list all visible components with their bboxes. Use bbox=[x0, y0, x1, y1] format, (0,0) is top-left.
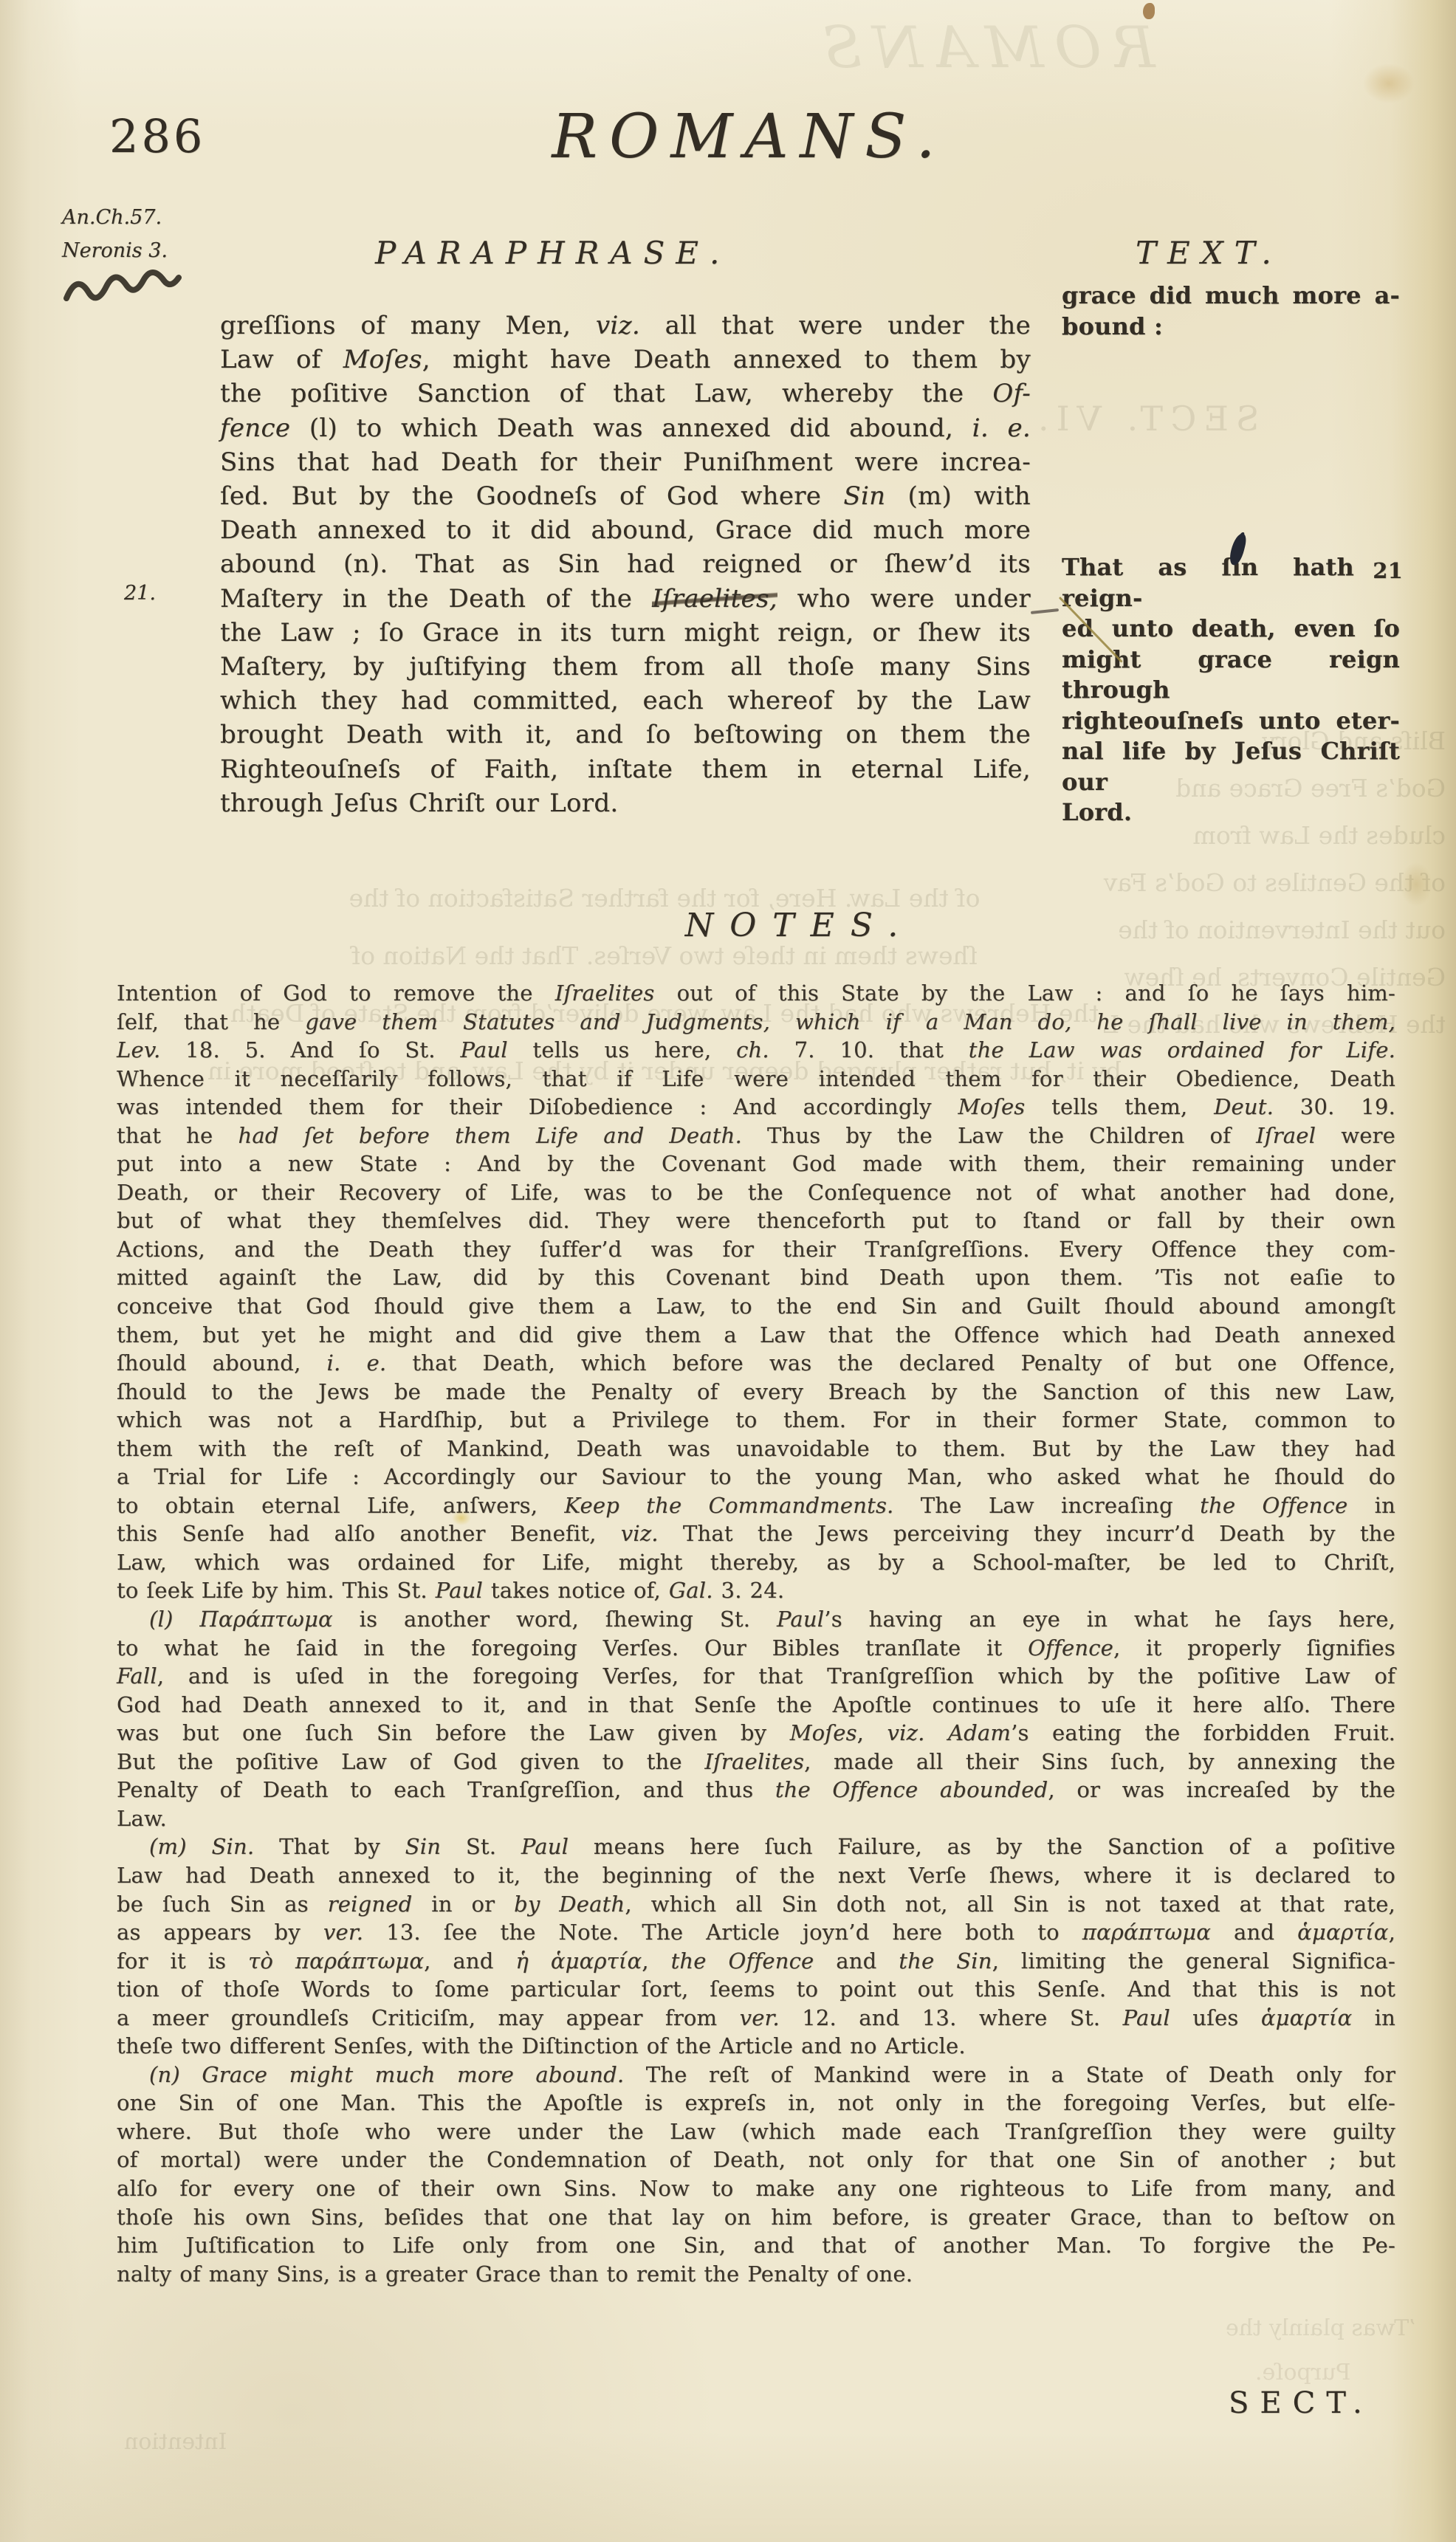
verse-text-line: nal life by Jeſus Chriſt our bbox=[1062, 736, 1400, 797]
notes-line: Fall, and is uſed in the foregoing Verſe… bbox=[117, 1662, 1395, 1691]
notes-line: to ſeek Life by him. This St. Paul takes… bbox=[117, 1576, 1395, 1605]
bleedthrough-sect-heading: SECT. VI. bbox=[1031, 399, 1259, 439]
paraphrase-line: abound (n). That as Sin had reigned or ſ… bbox=[220, 547, 1031, 581]
text-column-header: TEXT. bbox=[1136, 235, 1282, 271]
notes-line: a meer groundleſs Criticiſm, may appear … bbox=[117, 2004, 1395, 2033]
bleedthrough-bottom-1: ’Twas plainly the bbox=[1226, 2315, 1416, 2341]
notes-line: Penalty of Death to each Tranſgreſſion, … bbox=[117, 1776, 1395, 1804]
verse-21-lines: That as ſin hath reign-ed unto death, ev… bbox=[1062, 552, 1400, 828]
notes-line: was but one ſuch Sin before the Law give… bbox=[117, 1719, 1395, 1748]
verse-text-line: grace did much more a- bbox=[1062, 281, 1400, 312]
verse-21-block: 21 That as ſin hath reign-ed unto death,… bbox=[1062, 552, 1400, 828]
notes-line: Lev. 18. 5. And ſo St. Paul tells us her… bbox=[117, 1036, 1395, 1065]
paraphrase-line: fence (l) to which Death was annexed did… bbox=[220, 411, 1031, 445]
notes-line: ſhould to the Jews be made the Penalty o… bbox=[117, 1378, 1395, 1406]
notes-line: as appears by ver. 13. ſee the Note. The… bbox=[117, 1918, 1395, 1947]
notes-line: of mortal) were under the Condemnation o… bbox=[117, 2146, 1395, 2174]
notes-line: to what he ſaid in the foregoing Verſes.… bbox=[117, 1634, 1395, 1663]
paper-stain bbox=[1363, 63, 1415, 103]
notes-line: Law. bbox=[117, 1804, 1395, 1833]
notes-line: where. But thoſe who were under the Law … bbox=[117, 2117, 1395, 2146]
margin-date-note: An.Ch.57. Neronis 3. bbox=[62, 201, 168, 267]
paraphrase-line: through Jeſus Chriſt our Lord. bbox=[220, 786, 1031, 820]
paraphrase-line: brought Death with it, and ſo beſtowing … bbox=[220, 718, 1031, 752]
notes-line: this Senſe had alſo another Benefit, viz… bbox=[117, 1519, 1395, 1548]
notes-line: But the poſitive Law of God given to the… bbox=[117, 1748, 1395, 1776]
paper-stain bbox=[452, 1511, 471, 1525]
notes-line: put into a new State : And by the Covena… bbox=[117, 1150, 1395, 1178]
verse-text-line: ed unto death, even ſo bbox=[1062, 614, 1400, 645]
notes-line: was intended them for their Diſobedience… bbox=[117, 1093, 1395, 1121]
paraphrase-body: greſſions of many Men, viz. all that wer… bbox=[220, 309, 1031, 820]
running-title: ROMANS. bbox=[0, 102, 1456, 172]
flourish-squiggle-icon bbox=[62, 266, 184, 320]
pen-dash-mark bbox=[1031, 608, 1059, 614]
margin-verse-number: 21. bbox=[124, 582, 156, 605]
notes-line: for it is τὸ παράπτωμα, and ἡ ἁμαρτία, t… bbox=[117, 1947, 1395, 1976]
bleedthrough-title: ROMANS bbox=[812, 15, 1155, 81]
paper-stain bbox=[1143, 3, 1155, 19]
paraphrase-column-header: PARAPHRASE. bbox=[375, 235, 730, 271]
notes-line: one Sin of one Man. This the Apoſtle is … bbox=[117, 2089, 1395, 2117]
notes-heading: NOTES. bbox=[0, 907, 1456, 944]
notes-line: him Juſtification to Life only from one … bbox=[117, 2231, 1395, 2260]
notes-line: Actions, and the Death they ſuffer’d was… bbox=[117, 1235, 1395, 1264]
notes-line: alſo for every one of their own Sins. No… bbox=[117, 2174, 1395, 2203]
verse-number-21: 21 bbox=[1373, 556, 1403, 587]
notes-line: conceive that God ſhould give them a Law… bbox=[117, 1292, 1395, 1321]
notes-line: God had Death annexed to it, and in that… bbox=[117, 1691, 1395, 1720]
paraphrase-line: Maſtery in the Death of the Iſraelites, … bbox=[220, 582, 1031, 616]
verse-text-line: Lord. bbox=[1062, 797, 1400, 828]
bleedthrough-bottom-2: Purpoſe. bbox=[1255, 2360, 1351, 2385]
notes-line: Death, or their Recovery of Life, was to… bbox=[117, 1178, 1395, 1207]
notes-line: Whence it neceſſarily follows, that if L… bbox=[117, 1065, 1395, 1093]
notes-line: Law, which was ordained for Life, might … bbox=[117, 1548, 1395, 1577]
notes-line: to obtain eternal Life, anſwers, Keep th… bbox=[117, 1491, 1395, 1520]
notes-line: (n) Grace might much more abound. The re… bbox=[117, 2061, 1395, 2089]
notes-line: them with the reſt of Mankind, Death was… bbox=[117, 1435, 1395, 1463]
paraphrase-line: the poſitive Sanction of that Law, where… bbox=[220, 377, 1031, 411]
notes-line: thoſe his own Sins, beſides that one tha… bbox=[117, 2203, 1395, 2232]
verse-text-line: righteouſneſs unto eter- bbox=[1062, 706, 1400, 737]
margin-date-line2: Neronis 3. bbox=[62, 234, 168, 267]
notes-line: Intention of God to remove the Iſraelite… bbox=[117, 979, 1395, 1008]
notes-line: tion of thoſe Words to ſome particular ſ… bbox=[117, 1975, 1395, 2004]
notes-line: but of what they themſelves did. They we… bbox=[117, 1206, 1395, 1235]
notes-line: (m) Sin. That by Sin St. Paul means here… bbox=[117, 1832, 1395, 1861]
catchword-sect: SECT. bbox=[1229, 2386, 1373, 2420]
verse-text-line: bound : bbox=[1062, 312, 1400, 343]
notes-body: Intention of God to remove the Iſraelite… bbox=[117, 979, 1395, 2288]
paraphrase-line: greſſions of many Men, viz. all that wer… bbox=[220, 309, 1031, 343]
notes-line: ſelf, that he gave them Statutes and Jud… bbox=[117, 1008, 1395, 1037]
notes-line: be ſuch Sin as reigned in or by Death, w… bbox=[117, 1890, 1395, 1919]
verse-text-carryover: grace did much more a-bound : bbox=[1062, 281, 1400, 342]
paraphrase-line: Maſtery, by juſtifying them from all tho… bbox=[220, 650, 1031, 684]
notes-line: theſe two different Senſes, with the Diſ… bbox=[117, 2032, 1395, 2061]
paraphrase-line: Sins that had Death for their Puniſhment… bbox=[220, 445, 1031, 479]
notes-line: a Trial for Life : Accordingly our Savio… bbox=[117, 1463, 1395, 1491]
paper-stain bbox=[1400, 862, 1432, 907]
paraphrase-line: Death annexed to it did abound, Grace di… bbox=[220, 513, 1031, 547]
paraphrase-line: ſed. But by the Goodneſs of God where Si… bbox=[220, 479, 1031, 513]
notes-line: (l) Παράπτωμα is another word, ſhewing S… bbox=[117, 1605, 1395, 1634]
paraphrase-line: Law of Moſes, might have Death annexed t… bbox=[220, 343, 1031, 377]
notes-line: mitted againſt the Law, did by this Cove… bbox=[117, 1263, 1395, 1292]
notes-line: them, but yet he might and did give them… bbox=[117, 1321, 1395, 1350]
book-page-scan: ROMANS SECT. VI. Bliſs and GloryGod’s Fr… bbox=[0, 0, 1456, 2542]
paraphrase-line: Righteouſneſs of Faith, inſtate them in … bbox=[220, 752, 1031, 786]
margin-date-line1: An.Ch.57. bbox=[62, 201, 168, 234]
notes-line: that he had ſet before them Life and Dea… bbox=[117, 1121, 1395, 1150]
paraphrase-line: which they had committed, each whereof b… bbox=[220, 684, 1031, 718]
bleedthrough-bottom-3: Intention bbox=[124, 2429, 227, 2455]
notes-line: Law had Death annexed to it, the beginni… bbox=[117, 1861, 1395, 1890]
paraphrase-line: the Law ; ſo Grace in its turn might rei… bbox=[220, 616, 1031, 650]
notes-line: ſhould abound, i. e. that Death, which b… bbox=[117, 1349, 1395, 1378]
notes-line: which was not a Hardſhip, but a Privileg… bbox=[117, 1406, 1395, 1435]
notes-line: nalty of many Sins, is a greater Grace t… bbox=[117, 2260, 1395, 2289]
